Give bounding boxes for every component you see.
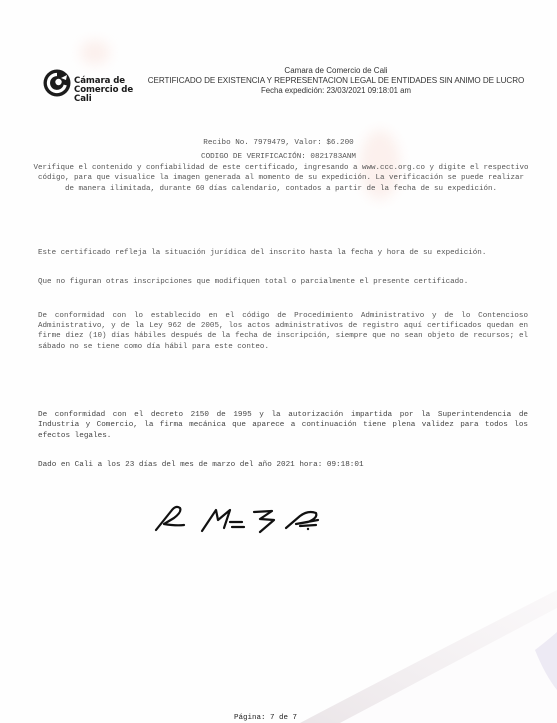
page-number: Página: 7 de 7 bbox=[234, 714, 297, 722]
receipt-number: Recibo No. 7979479, Valor: $6.200 bbox=[0, 139, 557, 148]
header-title-block: Camara de Comercio de Cali CERTIFICADO D… bbox=[136, 66, 536, 96]
paragraph-administrative-procedure: De conformidad con lo establecido en el … bbox=[38, 311, 528, 352]
certificate-header: Cámara de Comercio de Cali Camara de Com… bbox=[38, 62, 538, 112]
camara-de-comercio-logo-icon bbox=[42, 68, 72, 98]
verification-instructions: Verifique el contenido y confiabilidad d… bbox=[32, 163, 530, 194]
paragraph-no-other-inscriptions: Que no figuran otras inscripciones que m… bbox=[38, 277, 528, 287]
paragraph-legal-status: Este certificado refleja la situación ju… bbox=[38, 248, 528, 258]
issue-date: Fecha expedición: 23/03/2021 09:18:01 am bbox=[136, 86, 536, 96]
certificate-title: CERTIFICADO DE EXISTENCIA Y REPRESENTACI… bbox=[136, 76, 536, 85]
certificate-page: Cámara de Comercio de Cali Camara de Com… bbox=[0, 0, 557, 723]
handwritten-signature-icon bbox=[150, 498, 335, 536]
paragraph-mechanical-signature: De conformidad con el decreto 2150 de 19… bbox=[38, 410, 528, 441]
logo-line: Cali bbox=[74, 95, 133, 104]
verification-code: CODIGO DE VERIFICACIÓN: 0821783ANM bbox=[0, 153, 557, 162]
chamber-name: Camara de Comercio de Cali bbox=[136, 66, 536, 76]
logo-wordmark: Cámara de Comercio de Cali bbox=[74, 77, 133, 104]
paragraph-issued-in: Dado en Cali a los 23 días del mes de ma… bbox=[38, 460, 528, 470]
separator-line: ****************************************… bbox=[38, 217, 528, 221]
